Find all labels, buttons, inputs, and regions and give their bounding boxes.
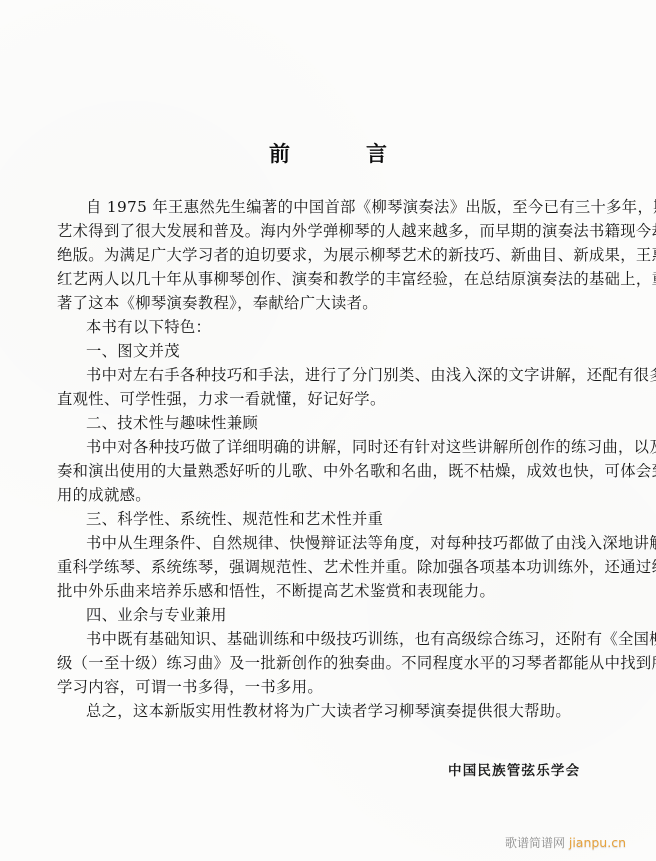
author-signature: 中国民族管弦乐学会 [448, 759, 580, 779]
text-line: 书中对左右手各种技巧和手法，进行了分门别类、由浅入深的文字讲解，还配有很多图片， [57, 363, 599, 387]
title-char-1: 前 [269, 138, 290, 168]
section-heading-3: 三、科学性、系统性、规范性和艺术性并重 [57, 507, 599, 531]
paragraph-conclusion: 总之，这本新版实用性教材将为广大读者学习柳琴演奏提供很大帮助。 [57, 699, 599, 723]
text-line: 总之，这本新版实用性教材将为广大读者学习柳琴演奏提供很大帮助。 [57, 699, 599, 723]
text-line: 自 1975 年王惠然先生编著的中国首部《柳琴演奏法》出版，至今已有三十多年，期… [57, 195, 599, 219]
section-text-2: 书中对各种技巧做了详细明确的讲解，同时还有针对这些讲解所创作的练习曲，以及供演 … [57, 435, 599, 507]
text-line: 用的成就感。 [57, 483, 599, 507]
text-line: 绝版。为满足广大学习者的迫切要求，为展示柳琴艺术的新技巧、新曲目、新成果，王惠然… [57, 243, 599, 267]
text-line: 级（一至十级）练习曲》及一批新创作的独奏曲。不同程度水平的习琴者都能从中找到所需… [57, 651, 599, 675]
page-title: 前言 [0, 138, 656, 168]
title-char-2: 言 [366, 138, 387, 168]
section-text-1: 书中对左右手各种技巧和手法，进行了分门别类、由浅入深的文字讲解，还配有很多图片，… [57, 363, 599, 411]
text-line: 直观性、可学性强，力求一看就懂，好记好学。 [57, 387, 599, 411]
section-heading-4: 四、业余与专业兼用 [57, 603, 599, 627]
section-text-4: 书中既有基础知识、基础训练和中级技巧训练，也有高级综合练习，还附有《全国柳琴考 … [57, 627, 599, 699]
text-line: 学习内容，可谓一书多得，一书多用。 [57, 675, 599, 699]
watermark-cn: 歌谱简谱网 [505, 836, 565, 850]
paragraph-intro: 自 1975 年王惠然先生编著的中国首部《柳琴演奏法》出版，至今已有三十多年，期… [57, 195, 599, 315]
watermark-latin: jianpu.cn [569, 835, 626, 850]
section-heading-1: 一、图文并茂 [57, 339, 599, 363]
text-line: 书中既有基础知识、基础训练和中级技巧训练，也有高级综合练习，还附有《全国柳琴考 [57, 627, 599, 651]
text-line: 批中外乐曲来培养乐感和悟性，不断提高艺术鉴赏和表现能力。 [57, 579, 599, 603]
text-line: 奏和演出使用的大量熟悉好听的儿歌、中外名歌和名曲，既不枯燥，成效也快，可体会到学… [57, 459, 599, 483]
site-watermark: 歌谱简谱网 jianpu.cn [505, 834, 626, 851]
section-text-3: 书中从生理条件、自然规律、快慢辩证法等角度，对每种技巧都做了由浅入深地讲解，以注… [57, 531, 599, 603]
paragraph-lead: 本书有以下特色： [57, 315, 599, 339]
preface-body: 自 1975 年王惠然先生编著的中国首部《柳琴演奏法》出版，至今已有三十多年，期… [57, 195, 599, 723]
text-line: 红艺两人以几十年从事柳琴创作、演奏和教学的丰富经验，在总结原演奏法的基础上，重新… [57, 267, 599, 291]
text-line: 艺术得到了很大发展和普及。海内外学弹柳琴的人越来越多，而早期的演奏法书籍现今却已 [57, 219, 599, 243]
text-line: 本书有以下特色： [57, 315, 599, 339]
text-line: 书中对各种技巧做了详细明确的讲解，同时还有针对这些讲解所创作的练习曲，以及供演 [57, 435, 599, 459]
heading-line: 三、科学性、系统性、规范性和艺术性并重 [57, 507, 599, 531]
section-heading-2: 二、技术性与趣味性兼顾 [57, 411, 599, 435]
heading-line: 一、图文并茂 [57, 339, 599, 363]
text-line: 重科学练琴、系统练琴，强调规范性、艺术性并重。除加强各项基本功训练外，还通过练习… [57, 555, 599, 579]
text-line: 书中从生理条件、自然规律、快慢辩证法等角度，对每种技巧都做了由浅入深地讲解，以注 [57, 531, 599, 555]
document-page: 前言 自 1975 年王惠然先生编著的中国首部《柳琴演奏法》出版，至今已有三十多… [0, 0, 656, 861]
heading-line: 二、技术性与趣味性兼顾 [57, 411, 599, 435]
heading-line: 四、业余与专业兼用 [57, 603, 599, 627]
text-line: 著了这本《柳琴演奏教程》，奉献给广大读者。 [57, 291, 599, 315]
